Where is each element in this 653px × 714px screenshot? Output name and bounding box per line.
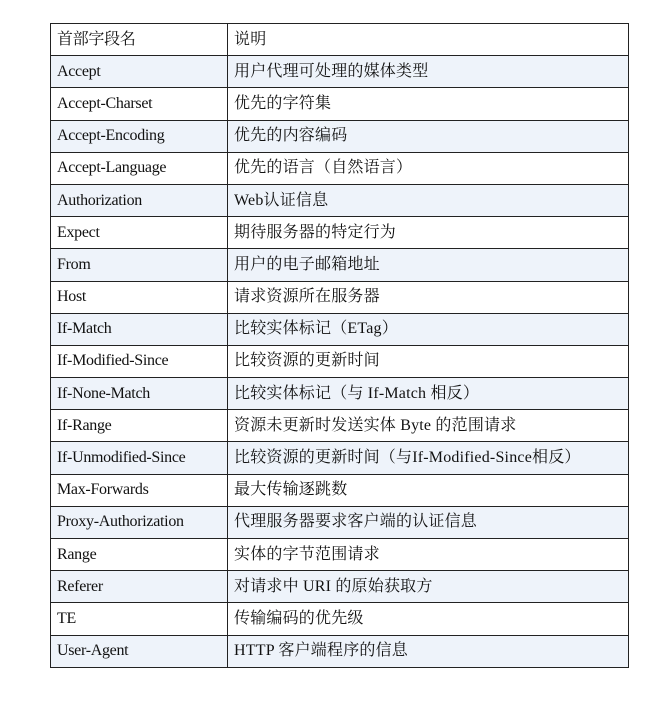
- table-row: If-Range 资源未更新时发送实体 Byte 的范围请求: [51, 410, 629, 442]
- table-row: Referer 对请求中 URI 的原始获取方: [51, 571, 629, 603]
- table-row: From 用户的电子邮箱地址: [51, 249, 629, 281]
- column-header-field-name: 首部字段名: [51, 24, 228, 56]
- field-name-cell: If-Modified-Since: [51, 345, 228, 377]
- field-name-cell: Accept-Encoding: [51, 120, 228, 152]
- field-name-cell: From: [51, 249, 228, 281]
- description-cell: 比较资源的更新时间: [228, 345, 629, 377]
- table-row: If-Unmodified-Since 比较资源的更新时间（与If-Modifi…: [51, 442, 629, 474]
- table-row: If-Modified-Since 比较资源的更新时间: [51, 345, 629, 377]
- table-row: Accept-Charset 优先的字符集: [51, 88, 629, 120]
- table-row: Proxy-Authorization 代理服务器要求客户端的认证信息: [51, 506, 629, 538]
- field-name-cell: Host: [51, 281, 228, 313]
- field-name-cell: If-None-Match: [51, 378, 228, 410]
- description-cell: 代理服务器要求客户端的认证信息: [228, 506, 629, 538]
- field-name-cell: Expect: [51, 217, 228, 249]
- field-name-cell: Accept: [51, 56, 228, 88]
- table-row: Expect 期待服务器的特定行为: [51, 217, 629, 249]
- table-row: Accept-Language 优先的语言（自然语言）: [51, 152, 629, 184]
- table-row: TE 传输编码的优先级: [51, 603, 629, 635]
- field-name-cell: Max-Forwards: [51, 474, 228, 506]
- field-name-cell: Accept-Charset: [51, 88, 228, 120]
- table-row: If-None-Match 比较实体标记（与 If-Match 相反）: [51, 378, 629, 410]
- table-row: Host 请求资源所在服务器: [51, 281, 629, 313]
- field-name-cell: If-Unmodified-Since: [51, 442, 228, 474]
- field-name-cell: Proxy-Authorization: [51, 506, 228, 538]
- field-name-cell: If-Range: [51, 410, 228, 442]
- description-cell: Web认证信息: [228, 184, 629, 216]
- description-cell: 实体的字节范围请求: [228, 539, 629, 571]
- field-name-cell: User-Agent: [51, 635, 228, 667]
- field-name-cell: Range: [51, 539, 228, 571]
- request-header-fields-table: 首部字段名 说明 Accept 用户代理可处理的媒体类型 Accept-Char…: [50, 23, 629, 668]
- column-header-description: 说明: [228, 24, 629, 56]
- table-header-row: 首部字段名 说明: [51, 24, 629, 56]
- description-cell: 请求资源所在服务器: [228, 281, 629, 313]
- field-name-cell: TE: [51, 603, 228, 635]
- table-row: Range 实体的字节范围请求: [51, 539, 629, 571]
- field-name-cell: Accept-Language: [51, 152, 228, 184]
- table-row: Authorization Web认证信息: [51, 184, 629, 216]
- table-row: Accept-Encoding 优先的内容编码: [51, 120, 629, 152]
- description-cell: 最大传输逐跳数: [228, 474, 629, 506]
- description-cell: 优先的语言（自然语言）: [228, 152, 629, 184]
- description-cell: 优先的字符集: [228, 88, 629, 120]
- description-cell: 期待服务器的特定行为: [228, 217, 629, 249]
- table-row: User-Agent HTTP 客户端程序的信息: [51, 635, 629, 667]
- description-cell: 优先的内容编码: [228, 120, 629, 152]
- description-cell: 用户的电子邮箱地址: [228, 249, 629, 281]
- description-cell: 资源未更新时发送实体 Byte 的范围请求: [228, 410, 629, 442]
- field-name-cell: Authorization: [51, 184, 228, 216]
- description-cell: HTTP 客户端程序的信息: [228, 635, 629, 667]
- table-row: Max-Forwards 最大传输逐跳数: [51, 474, 629, 506]
- field-name-cell: If-Match: [51, 313, 228, 345]
- table-row: If-Match 比较实体标记（ETag）: [51, 313, 629, 345]
- description-cell: 用户代理可处理的媒体类型: [228, 56, 629, 88]
- field-name-cell: Referer: [51, 571, 228, 603]
- description-cell: 传输编码的优先级: [228, 603, 629, 635]
- description-cell: 比较实体标记（与 If-Match 相反）: [228, 378, 629, 410]
- table-row: Accept 用户代理可处理的媒体类型: [51, 56, 629, 88]
- description-cell: 对请求中 URI 的原始获取方: [228, 571, 629, 603]
- description-cell: 比较实体标记（ETag）: [228, 313, 629, 345]
- description-cell: 比较资源的更新时间（与If-Modified-Since相反）: [228, 442, 629, 474]
